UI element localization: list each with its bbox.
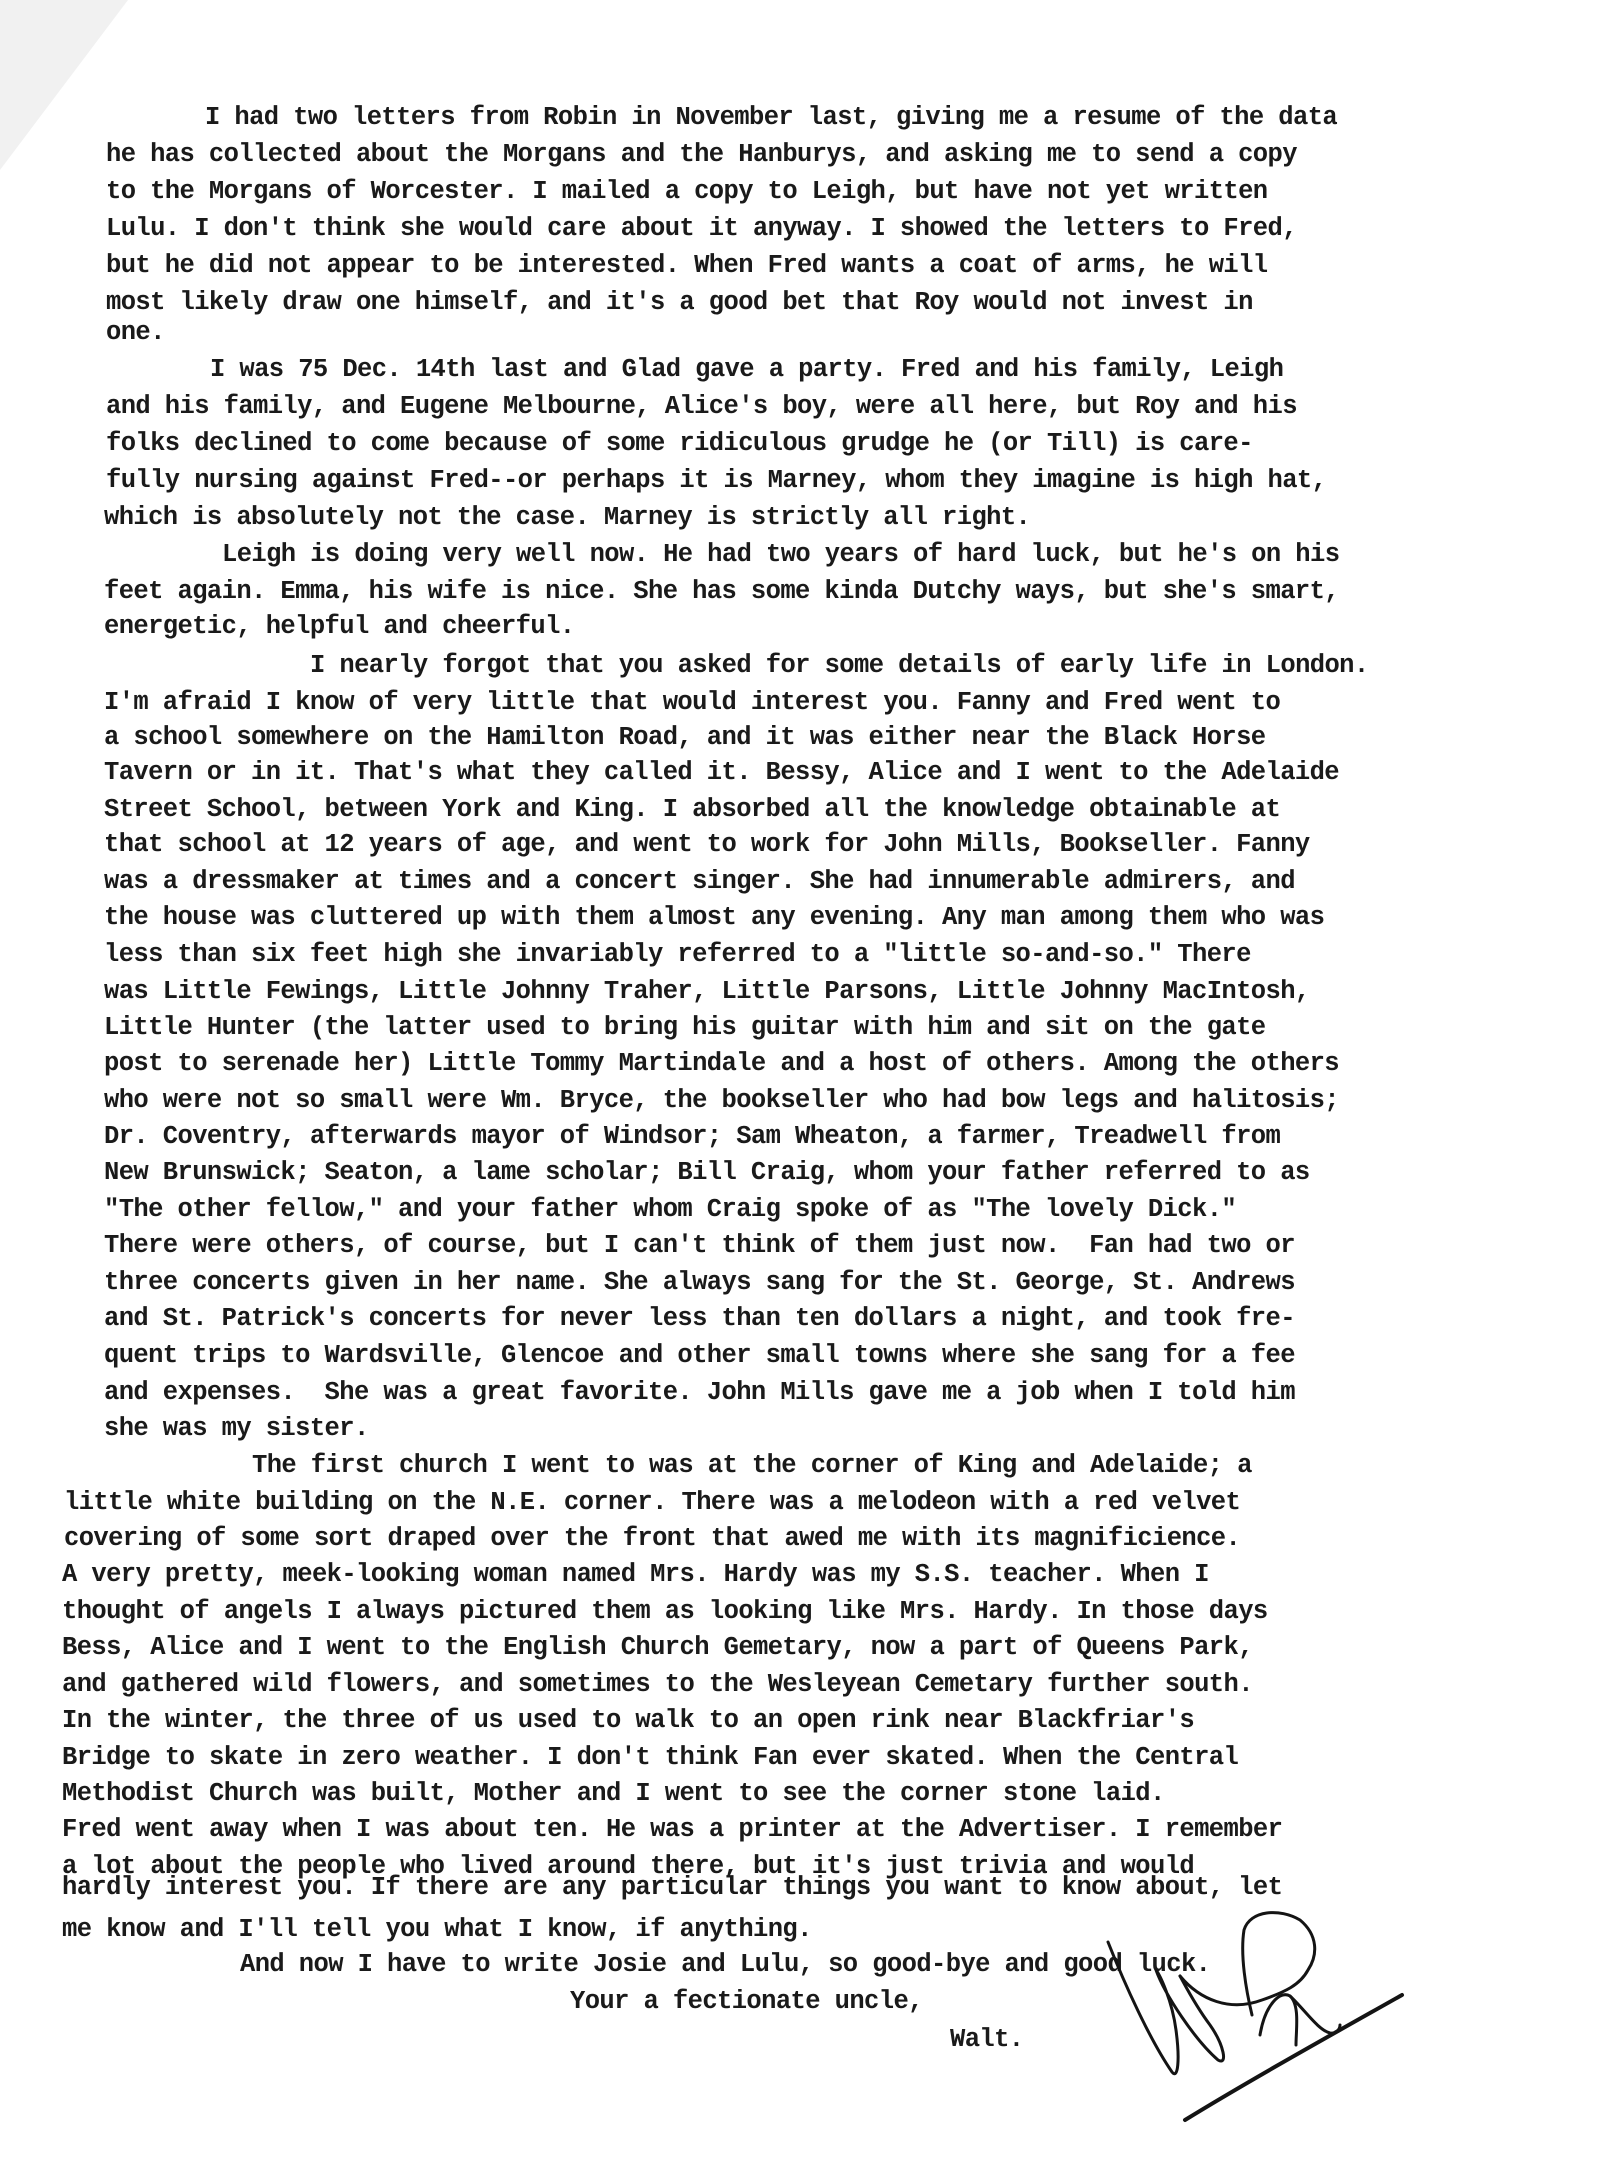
text-line: three concerts given in her name. She al…: [104, 1268, 1295, 1298]
text-line: was Little Fewings, Little Johnny Traher…: [104, 977, 1310, 1007]
text-line: hardly interest you. If there are any pa…: [62, 1873, 1282, 1903]
text-line: Dr. Coventry, afterwards mayor of Windso…: [104, 1122, 1280, 1152]
text-line: Street School, between York and King. I …: [104, 795, 1280, 825]
text-line: covering of some sort draped over the fr…: [64, 1524, 1240, 1554]
text-line: Little Hunter (the latter used to bring …: [104, 1013, 1266, 1043]
text-line: There were others, of course, but I can'…: [104, 1231, 1295, 1261]
text-line: that school at 12 years of age, and went…: [104, 830, 1310, 860]
text-line: Lulu. I don't think she would care about…: [106, 214, 1297, 244]
text-line: but he did not appear to be interested. …: [106, 251, 1268, 281]
text-line: quent trips to Wardsville, Glencoe and o…: [104, 1341, 1295, 1371]
text-line: The first church I went to was at the co…: [252, 1451, 1252, 1481]
text-line: and gathered wild flowers, and sometimes…: [62, 1670, 1253, 1700]
text-line: Bridge to skate in zero weather. I don't…: [62, 1743, 1238, 1773]
text-line: fully nursing against Fred--or perhaps i…: [106, 466, 1326, 496]
text-line: little white building on the N.E. corner…: [64, 1488, 1240, 1518]
text-line: he has collected about the Morgans and t…: [106, 140, 1297, 170]
text-line: one.: [106, 318, 165, 348]
text-line: And now I have to write Josie and Lulu, …: [240, 1950, 1210, 1980]
text-line: Tavern or in it. That's what they called…: [104, 758, 1339, 788]
text-line: Methodist Church was built, Mother and I…: [62, 1779, 1165, 1809]
text-line: was a dressmaker at times and a concert …: [104, 867, 1295, 897]
text-line: and St. Patrick's concerts for never les…: [104, 1304, 1295, 1334]
text-line: "The other fellow," and your father whom…: [104, 1195, 1236, 1225]
text-line: the house was cluttered up with them alm…: [104, 903, 1324, 933]
typed-letter: I had two letters from Robin in November…: [0, 0, 1600, 2164]
text-line: feet again. Emma, his wife is nice. She …: [104, 577, 1339, 607]
text-line: Bess, Alice and I went to the English Ch…: [62, 1633, 1253, 1663]
text-line: and his family, and Eugene Melbourne, Al…: [106, 392, 1297, 422]
text-line: In the winter, the three of us used to w…: [62, 1706, 1194, 1736]
text-line: which is absolutely not the case. Marney…: [104, 503, 1030, 533]
text-line: who were not so small were Wm. Bryce, th…: [104, 1086, 1339, 1116]
typed-signature: Walt.: [950, 2025, 1024, 2055]
text-line: I nearly forgot that you asked for some …: [310, 651, 1369, 681]
text-line: energetic, helpful and cheerful.: [104, 612, 574, 642]
text-line: I had two letters from Robin in November…: [205, 103, 1337, 133]
text-line: post to serenade her) Little Tommy Marti…: [104, 1049, 1339, 1079]
text-line: me know and I'll tell you what I know, i…: [62, 1915, 812, 1945]
text-line: New Brunswick; Seaton, a lame scholar; B…: [104, 1158, 1310, 1188]
text-line: I was 75 Dec. 14th last and Glad gave a …: [210, 355, 1283, 385]
text-line: thought of angels I always pictured them…: [62, 1597, 1268, 1627]
closing-line: Your a fectionate uncle,: [570, 1987, 923, 2017]
text-line: a school somewhere on the Hamilton Road,…: [104, 723, 1266, 753]
text-line: folks declined to come because of some r…: [106, 429, 1253, 459]
text-line: A very pretty, meek-looking woman named …: [62, 1560, 1209, 1590]
text-line: Leigh is doing very well now. He had two…: [222, 540, 1339, 570]
text-line: to the Morgans of Worcester. I mailed a …: [106, 177, 1268, 207]
text-line: she was my sister.: [104, 1414, 369, 1444]
text-line: Fred went away when I was about ten. He …: [62, 1815, 1282, 1845]
text-line: less than six feet high she invariably r…: [104, 940, 1251, 970]
text-line: and expenses. She was a great favorite. …: [104, 1378, 1295, 1408]
text-line: most likely draw one himself, and it's a…: [106, 288, 1253, 318]
text-line: I'm afraid I know of very little that wo…: [104, 688, 1280, 718]
